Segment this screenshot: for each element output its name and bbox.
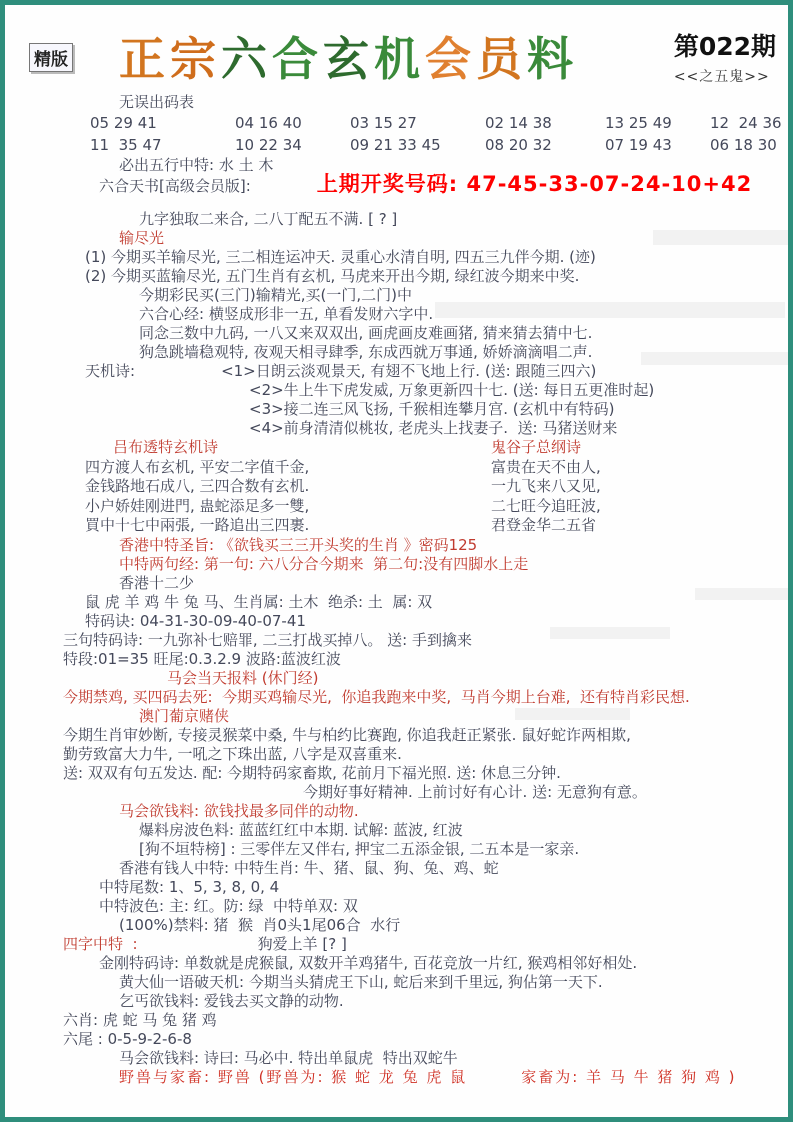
text-line: (100%)禁料: 猪 猴 肖0头1尾06合 水行 (119, 916, 780, 935)
text-line: 中特波色: 主: 红。防: 绿 中特单双: 双 (99, 897, 780, 916)
text-segment: 马会欲钱料: 诗曰: 马必中. 特出单鼠虎 特出双蛇牛 (119, 1049, 458, 1067)
text-segment: 四字中特 : (63, 935, 138, 953)
poem-left-column: 吕布透特玄机诗四方渡人布玄机, 平安二字值千金,金钱路地石成八, 三四合数有玄机… (85, 438, 485, 536)
poem-line: 君登金华二五省 (491, 516, 601, 536)
number-cell: 12 24 36 (710, 112, 782, 134)
text-line: 输尽光 (119, 229, 780, 248)
text-line: 香港中特圣旨: 《欲钱买三三开头奖的生肖 》密码125 (119, 536, 780, 555)
text-segment: 狗急跳墙稳观特, 夜观天相寻肆季, 东成西就万事通, 娇娇滴滴唱二声. (139, 343, 592, 361)
text-segment: (100%)禁料: 猪 猴 肖0头1尾06合 水行 (119, 916, 400, 934)
text-segment: 澳门葡京赌侠 (139, 707, 229, 725)
text-segment: 中特尾数: 1、5, 3, 8, 0, 4 (99, 878, 279, 896)
text-line: 今期彩民买(三门)输精光,买(一门,二门)中 (139, 286, 780, 305)
number-cell: 10 22 34 (235, 134, 350, 156)
title-char: 六 (221, 32, 272, 86)
text-line: 六肖: 虎 蛇 马 兔 猪 鸡 (63, 1011, 780, 1030)
text-segment: 中特两句经: 第一句: 六八分合今期来 第二句:没有四脚水上走 (119, 555, 528, 573)
text-segment: 马会当天报料 (休门经) (167, 669, 318, 687)
number-cell: 13 25 49 (605, 112, 710, 134)
text-segment: 狗爱上羊 [? ] (258, 935, 347, 953)
text-segment: [狗不垣特榜] : 三零伴左又伴右, 押宝二五添金银, 二五本是一家亲. (139, 840, 579, 858)
text-segment: 输尽光 (119, 229, 164, 247)
text-line: 今期好事好精神. 上前讨好有心计. 送: 无意狗有意。 (303, 783, 780, 802)
text-segment: 香港中特圣旨: 《欲钱买三三开头奖的生肖 》密码125 (119, 536, 477, 554)
poem-left-title: 吕布透特玄机诗 (113, 438, 485, 458)
text-line: 特码诀: 04-31-30-09-40-07-41 (85, 612, 780, 631)
text-line: 澳门葡京赌侠 (139, 707, 780, 726)
poem-line: 金钱路地石成八, 三四合数有玄机. (85, 477, 485, 497)
text-line: 四字中特 :狗爱上羊 [? ] (63, 935, 780, 954)
text-segment: 九字独取二来合, 二八丁配五不满. [ ? ] (139, 210, 397, 228)
text-line: 九字独取二来合, 二八丁配五不满. [ ? ] (139, 210, 780, 229)
text-segment: <4>前身清清似桃妆, 老虎头上找妻子. 送: 马猪送财来 (249, 419, 617, 437)
title-char: 正 (119, 32, 170, 86)
number-cell: 09 21 33 45 (350, 134, 485, 156)
poem-line: 四方渡人布玄机, 平安二字值千金, (85, 458, 485, 478)
text-line: [狗不垣特榜] : 三零伴左又伴右, 押宝二五添金银, 二五本是一家亲. (139, 840, 780, 859)
text-line: 中特尾数: 1、5, 3, 8, 0, 4 (99, 878, 780, 897)
text-segment: 六肖: 虎 蛇 马 兔 猪 鸡 (63, 1011, 217, 1029)
text-line: 今期禁鸡, 买四码去死: 今期买鸡输尽光, 你追我跑来中奖, 马肖今期上台难, … (63, 688, 780, 707)
text-segment: 六合天书[高级会员版]: (99, 177, 251, 195)
text-line: <3>接二连三风飞扬, 千猴相连攀月宫. (玄机中有特码) (249, 400, 780, 419)
poem-line: 一九飞来八又见, (491, 477, 601, 497)
text-line: 野兽与家畜: 野兽 (野兽为: 猴 蛇 龙 兔 虎 鼠 家畜为: 羊 马 牛 猪… (119, 1068, 780, 1087)
poem-right-title: 鬼谷子总纲诗 (491, 438, 601, 458)
text-segment: 黄大仙一语破天机: 今期当头猜虎王下山, 蛇后来到千里远, 狗佔第一天下. (119, 973, 603, 991)
text-line: 六尾 : 0-5-9-2-6-8 (63, 1030, 780, 1049)
poem-right-column: 鬼谷子总纲诗富贵在天不由人,一九飞来八又见,二七旺今追旺波,君登金华二五省 (491, 438, 601, 536)
number-cell: 07 19 43 (605, 134, 710, 156)
text-segment: 特段:01=35 旺尾:0.3.2.9 波路:蓝波红波 (63, 650, 341, 668)
number-cell: 02 14 38 (485, 112, 605, 134)
text-line: 勤劳致富大力牛, 一吼之下珠出蓝, 八字是双喜重来. (63, 745, 780, 764)
text-segment: 鼠 虎 羊 鸡 牛 兔 马、生肖属: 土木 绝杀: 土 属: 双 (85, 593, 432, 611)
number-cell: 11 35 47 (90, 134, 235, 156)
poem-columns: 吕布透特玄机诗四方渡人布玄机, 平安二字值千金,金钱路地石成八, 三四合数有玄机… (63, 438, 780, 536)
text-line: (2) 今期买蓝输尽光, 五门生肖有玄机, 马虎来开出今期, 绿红波今期来中奖. (85, 267, 780, 286)
issue-block: 第022期 <<之五鬼>> (674, 27, 776, 86)
text-segment: 上期开奖号码: 47-45-33-07-24-10+42 (317, 172, 752, 196)
text-segment: 香港有钱人中特: 中特生肖: 牛、猪、鼠、狗、兔、鸡、蛇 (119, 859, 499, 877)
poem-line: 二七旺今追旺波, (491, 497, 601, 517)
text-line: 无误出码表 (119, 93, 780, 112)
title-char: 合 (272, 32, 323, 86)
text-segment: 天机诗: (85, 362, 135, 380)
content-body: 无误出码表05 29 4104 16 4003 15 2702 14 3813 … (5, 91, 788, 1087)
text-line: 黄大仙一语破天机: 今期当头猜虎王下山, 蛇后来到千里远, 狗佔第一天下. (119, 973, 780, 992)
number-table-row: 05 29 4104 16 4003 15 2702 14 3813 25 49… (63, 112, 780, 134)
text-line: 香港有钱人中特: 中特生肖: 牛、猪、鼠、狗、兔、鸡、蛇 (119, 859, 780, 878)
title-char: 料 (527, 32, 578, 86)
text-segment: 中特波色: 主: 红。防: 绿 中特单双: 双 (99, 897, 358, 915)
text-segment: 今期生肖审妙断, 专接灵猴菜中桑, 牛与柏约比赛跑, 你追我赶正紧张. 鼠好蛇诈… (63, 726, 631, 744)
text-segment: 野兽与家畜: 野兽 (野兽为: 猴 蛇 龙 兔 虎 鼠 家畜为: 羊 马 牛 猪… (119, 1068, 737, 1086)
text-segment: 六尾 : 0-5-9-2-6-8 (63, 1030, 192, 1048)
text-segment: 今期好事好精神. 上前讨好有心计. 送: 无意狗有意。 (303, 783, 647, 801)
text-line: 同念三数中九码, 一八又来双双出, 画虎画皮难画猪, 猜来猜去猜中七. (139, 324, 780, 343)
text-segment: 无误出码表 (119, 93, 194, 111)
header: 精版 正宗六合玄机会员料 第022期 <<之五鬼>> (5, 5, 788, 91)
text-segment: 今期彩民买(三门)输精光,买(一门,二门)中 (139, 286, 412, 304)
text-line: <2>牛上牛下虎发威, 万象更新四十七. (送: 每日五更准时起) (249, 381, 780, 400)
text-segment: 金刚特码诗: 单数就是虎猴鼠, 双数开羊鸡猪牛, 百花竞放一片红, 猴鸡相邻好相… (99, 954, 637, 972)
poem-line: 買中十七中兩張, 一路追出三四裹. (85, 516, 485, 536)
number-table-row: 11 35 4710 22 3409 21 33 4508 20 3207 19… (63, 134, 780, 156)
text-segment: 勤劳致富大力牛, 一吼之下珠出蓝, 八字是双喜重来. (63, 745, 402, 763)
text-line: 马会当天报料 (休门经) (167, 669, 780, 688)
text-line: 鼠 虎 羊 鸡 牛 兔 马、生肖属: 土木 绝杀: 土 属: 双 (85, 593, 780, 612)
text-line: 六合天书[高级会员版]:上期开奖号码: 47-45-33-07-24-10+42 (99, 175, 780, 196)
title-char: 员 (476, 32, 527, 86)
number-cell: 06 18 30 (710, 134, 780, 156)
number-cell: 08 20 32 (485, 134, 605, 156)
title-char: 宗 (170, 32, 221, 86)
issue-subtitle: <<之五鬼>> (674, 66, 776, 86)
poem-line: 富贵在天不由人, (491, 458, 601, 478)
text-line: 中特两句经: 第一句: 六八分合今期来 第二句:没有四脚水上走 (119, 555, 780, 574)
title-char: 机 (374, 32, 425, 86)
text-segment: <1>日朗云淡观景天, 有翅不飞地上行. (送: 跟随三四六) (221, 362, 596, 380)
text-line: 特段:01=35 旺尾:0.3.2.9 波路:蓝波红波 (63, 650, 780, 669)
text-line: 狗急跳墙稳观特, 夜观天相寻肆季, 东成西就万事通, 娇娇滴滴唱二声. (139, 343, 780, 362)
text-line: 乞丐欲钱料: 爱钱去买文静的动物. (119, 992, 780, 1011)
title-char: 会 (425, 32, 476, 86)
text-segment: 必出五行中特: 水 土 木 (119, 156, 273, 174)
tip-sheet-page: 精版 正宗六合玄机会员料 第022期 <<之五鬼>> 无误出码表05 29 41… (0, 0, 793, 1122)
page-title: 正宗六合玄机会员料 (119, 23, 578, 89)
text-segment: 香港十二少 (119, 574, 194, 592)
title-char: 玄 (323, 32, 374, 86)
text-segment: 六合心经: 横竖成形非一五, 单看发财六字中. (139, 305, 433, 323)
text-line: 三句特码诗: 一九弥补七赔罪, 二三打战买掉八。 送: 手到擒来 (63, 631, 780, 650)
text-segment: (2) 今期买蓝输尽光, 五门生肖有玄机, 马虎来开出今期, 绿红波今期来中奖. (85, 267, 579, 285)
text-segment: 送: 双双有句五发达. 配: 今期特码家畜欺, 花前月下福光照. 送: 休息三分… (63, 764, 561, 782)
text-line: 马会欲钱料: 诗曰: 马必中. 特出单鼠虎 特出双蛇牛 (119, 1049, 780, 1068)
text-line: 爆料房波色料: 蓝蓝红红中本期. 试解: 蓝波, 红波 (139, 821, 780, 840)
text-line: 送: 双双有句五发达. 配: 今期特码家畜欺, 花前月下福光照. 送: 休息三分… (63, 764, 780, 783)
text-segment: 马会欲钱料: 欲钱找最多同伴的动物. (119, 802, 359, 820)
number-cell: 03 15 27 (350, 112, 485, 134)
text-line: 金刚特码诗: 单数就是虎猴鼠, 双数开羊鸡猪牛, 百花竞放一片红, 猴鸡相邻好相… (99, 954, 780, 973)
text-segment: <2>牛上牛下虎发威, 万象更新四十七. (送: 每日五更准时起) (249, 381, 654, 399)
text-line: <4>前身清清似桃妆, 老虎头上找妻子. 送: 马猪送财来 (249, 419, 780, 438)
text-segment: 爆料房波色料: 蓝蓝红红中本期. 试解: 蓝波, 红波 (139, 821, 463, 839)
text-line: 香港十二少 (119, 574, 780, 593)
text-segment: 同念三数中九码, 一八又来双双出, 画虎画皮难画猪, 猜来猜去猜中七. (139, 324, 592, 342)
text-line: (1) 今期买羊输尽光, 三二相连运冲天. 灵重心水清自明, 四五三九伴今期. … (85, 248, 780, 267)
number-cell: 04 16 40 (235, 112, 350, 134)
text-line: 马会欲钱料: 欲钱找最多同伴的动物. (119, 802, 780, 821)
text-line: 天机诗:<1>日朗云淡观景天, 有翅不飞地上行. (送: 跟随三四六) (85, 362, 780, 381)
text-segment: 乞丐欲钱料: 爱钱去买文静的动物. (119, 992, 344, 1010)
spacer (63, 196, 780, 210)
text-line: 今期生肖审妙断, 专接灵猴菜中桑, 牛与柏约比赛跑, 你追我赶正紧张. 鼠好蛇诈… (63, 726, 780, 745)
text-segment: 三句特码诗: 一九弥补七赔罪, 二三打战买掉八。 送: 手到擒来 (63, 631, 472, 649)
text-segment: 特码诀: 04-31-30-09-40-07-41 (85, 612, 306, 630)
text-segment: (1) 今期买羊输尽光, 三二相连运冲天. 灵重心水清自明, 四五三九伴今期. … (85, 248, 596, 266)
edition-badge: 精版 (29, 43, 73, 72)
number-cell: 05 29 41 (90, 112, 235, 134)
text-segment: 今期禁鸡, 买四码去死: 今期买鸡输尽光, 你追我跑来中奖, 马肖今期上台难, … (63, 688, 690, 706)
issue-number: 第022期 (674, 27, 776, 63)
text-segment: <3>接二连三风飞扬, 千猴相连攀月宫. (玄机中有特码) (249, 400, 614, 418)
text-line: 六合心经: 横竖成形非一五, 单看发财六字中. (139, 305, 780, 324)
poem-line: 小户娇娃刚进門, 蛊蛇添足多一雙, (85, 497, 485, 517)
